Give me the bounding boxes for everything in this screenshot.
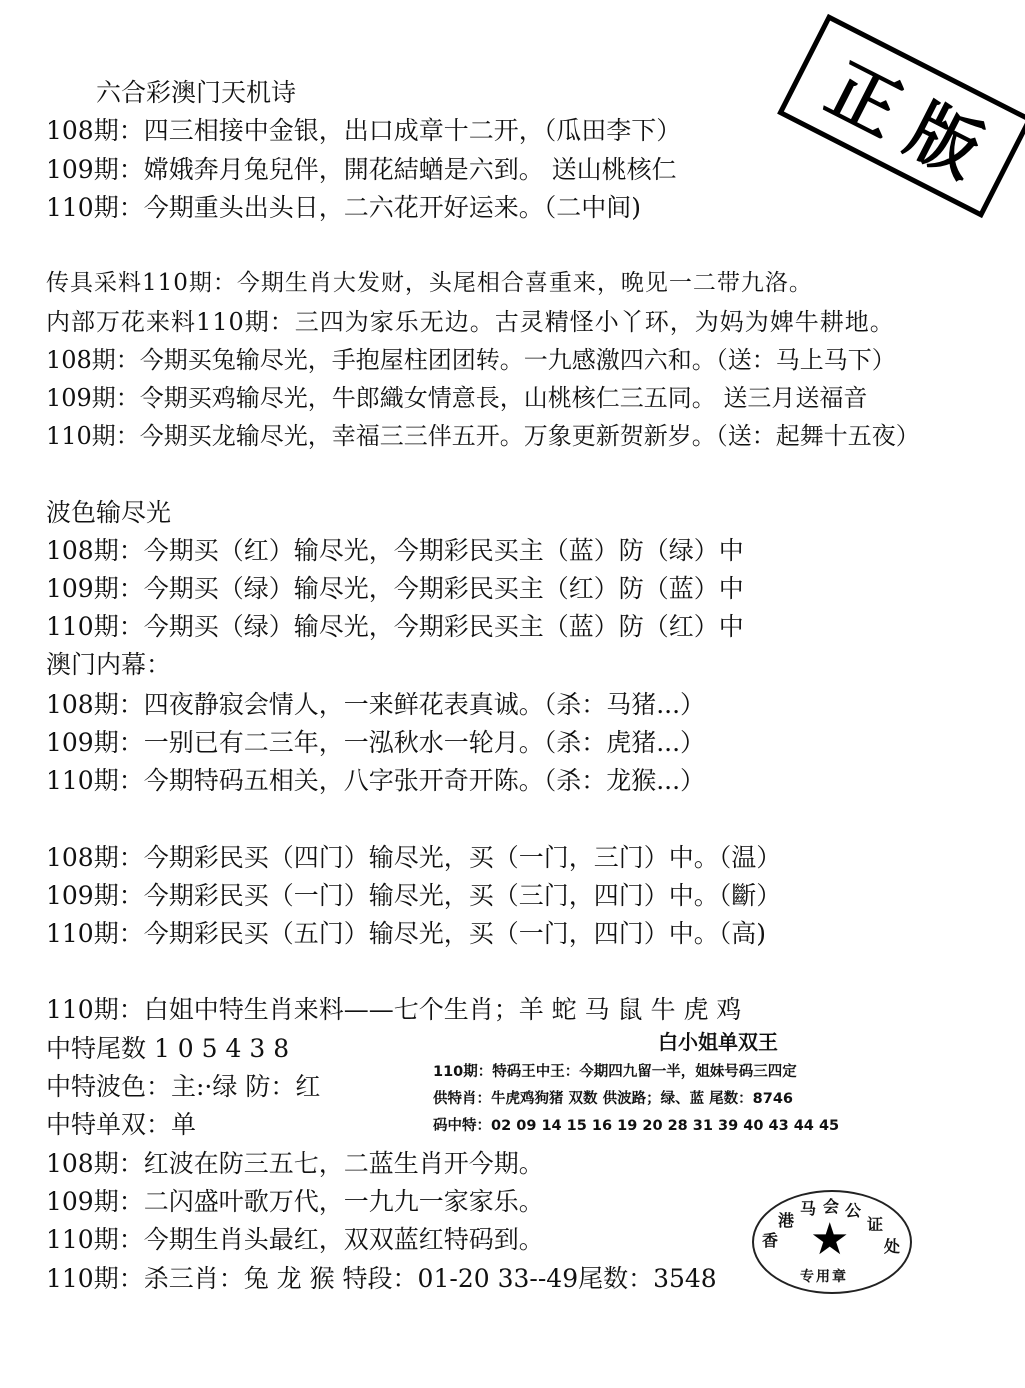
inside-heading: 澳门内幕： <box>46 650 171 680</box>
box-title: 白小姐单双王 <box>658 1026 778 1055</box>
poem-title: 六合彩澳门天机诗 <box>96 78 296 108</box>
fax-line-2: 内部万花来料110期：三四为家乐无边。古灵精怪小丫环，为妈为婢牛耕地。 <box>46 307 895 337</box>
wave-line-108: 108期：今期买（红）输尽光，今期彩民买主（蓝）防（绿）中 <box>46 536 744 566</box>
seal-char: 香 <box>762 1228 778 1251</box>
seal-char: 证 <box>867 1212 883 1235</box>
seal-bottom-text: 专用章 <box>800 1266 848 1286</box>
special-line-110: 110期：今期生肖头最红，双双蓝红特码到。 <box>46 1225 544 1255</box>
special-kill-line: 110期：杀三肖：兔 龙 猴 特段：01-20 33--49尾数：3548 <box>46 1264 717 1294</box>
seal-char: 马 <box>800 1196 816 1219</box>
seal-char: 处 <box>884 1234 900 1257</box>
fax-line-108: 108期：今期买兔输尽光，手抱屋柱团团转。一九感激四六和。（送：马上马下） <box>46 345 896 375</box>
wave-heading: 波色输尽光 <box>46 498 171 528</box>
star-icon: ★ <box>810 1218 849 1262</box>
box-line-1: 110期：特码王中王：今期四九留一半，姐妹号码三四定 <box>433 1062 797 1082</box>
doors-line-110: 110期：今期彩民买（五门）输尽光，买（一门，四门）中。（高) <box>46 919 766 949</box>
doors-line-109: 109期：今期彩民买（一门）输尽光，买（三门，四门）中。（斷） <box>46 881 781 911</box>
special-line-109: 109期：二闪盛叶歌万代，一九九一家家乐。 <box>46 1187 544 1217</box>
inside-line-108: 108期：四夜静寂会情人，一来鲜花表真诚。（杀：马猪...） <box>46 690 705 720</box>
poem-line-109: 109期：嫦娥奔月兔兒伴，開花結蝤是六到。 送山桃核仁 <box>46 155 677 185</box>
inside-line-109: 109期：一别已有二三年，一泓秋水一轮月。（杀：虎猪...） <box>46 728 705 758</box>
special-line-108: 108期：红波在防三五七，二蓝生肖开今期。 <box>46 1149 544 1179</box>
seal-char: 港 <box>778 1208 794 1231</box>
fax-line-110: 110期：今期买龙输尽光，幸福三三伴五开。万象更新贺新岁。（送：起舞十五夜） <box>46 421 920 451</box>
seal-char: 公 <box>845 1198 861 1221</box>
box-line-2: 供特肖：牛虎鸡狗猪 双数 供波路；绿、蓝 尾数：8746 <box>433 1089 793 1109</box>
doors-line-108: 108期：今期彩民买（四门）输尽光，买（一门，三门）中。（温） <box>46 843 781 873</box>
special-odd-even-line: 中特单双：单 <box>46 1110 196 1140</box>
special-tail-line: 中特尾数 1 0 5 4 3 8 <box>46 1034 289 1064</box>
special-zodiac-line: 110期：白姐中特生肖来料——七个生肖；羊 蛇 马 鼠 牛 虎 鸡 <box>46 995 741 1025</box>
special-wave-line: 中特波色：主:·绿 防：红 <box>46 1072 320 1102</box>
box-line-3: 码中特：02 09 14 15 16 19 20 28 31 39 40 43 … <box>433 1116 839 1136</box>
wave-line-110: 110期：今期买（绿）输尽光，今期彩民买主（蓝）防（红）中 <box>46 612 744 642</box>
wave-line-109: 109期：今期买（绿）输尽光，今期彩民买主（红）防（蓝）中 <box>46 574 744 604</box>
inside-line-110: 110期：今期特码五相关，八字张开奇开陈。（杀：龙猴...） <box>46 766 705 796</box>
fax-line-1: 传具采料110期：今期生肖大发财，头尾相合喜重来，晩见一二带九洛。 <box>46 268 813 298</box>
fax-line-109: 109期：令期买鸡输尽光，牛郎織女情意長，山桃核仁三五同。 送三月送福音 <box>46 383 867 413</box>
poem-line-108: 108期：四三相接中金银，出口成章十二开，（瓜田李下） <box>46 116 681 146</box>
seal-char: 会 <box>823 1194 839 1217</box>
poem-line-110: 110期：今期重头出头日，二六花开好运来。（二中间) <box>46 193 641 223</box>
